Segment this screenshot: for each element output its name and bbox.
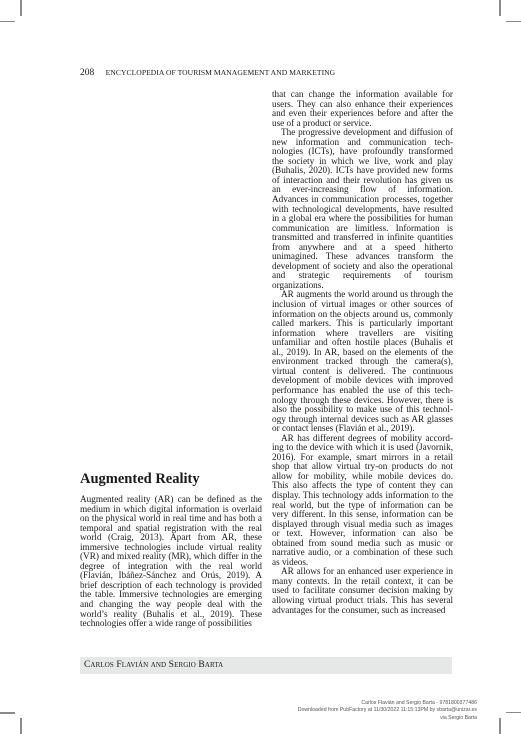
paragraph: that can change the information availabl… xyxy=(272,90,453,128)
page-number: 208 xyxy=(80,68,94,78)
download-notice-line: Downloaded from PubFactory at 11/30/2022… xyxy=(298,707,477,714)
download-notice-line: via Sergio Barta xyxy=(298,715,477,722)
paragraph: AR has different degrees of mobility acc… xyxy=(272,434,453,568)
section-heading: Augmented Reality xyxy=(80,470,262,488)
left-column: Augmented Reality Augmented reality (AR)… xyxy=(80,470,262,629)
paragraph: Augmented reality (AR) can be defined as… xyxy=(80,495,262,629)
footer-authors: Carlos Flavián and Sergio Barta xyxy=(84,660,223,670)
crop-mark-bottom-left-v xyxy=(20,718,22,734)
crop-mark-bottom-right-h xyxy=(506,712,521,713)
paragraph: The progressive development and diffusio… xyxy=(272,128,453,290)
crop-mark-bottom-left-h xyxy=(0,712,15,714)
crop-mark-bottom-right-v xyxy=(499,718,501,734)
crop-mark-top-left-v xyxy=(20,0,22,16)
download-notice-line: Carlos Flavián and Sergio Barta - 978180… xyxy=(298,700,477,707)
book-title: ENCYCLOPEDIA OF TOURISM MANAGEMENT AND M… xyxy=(106,68,336,77)
paragraph: AR allows for an enhanced user experienc… xyxy=(272,567,453,615)
crop-mark-top-right-v xyxy=(499,0,501,16)
download-notice: Carlos Flavián and Sergio Barta - 978180… xyxy=(298,700,477,722)
author-footer-band: Carlos Flavián and Sergio Barta xyxy=(80,657,452,674)
crop-mark-top-right-h xyxy=(506,21,521,22)
paragraph: AR augments the world around us through … xyxy=(272,290,453,433)
running-head: 208 ENCYCLOPEDIA OF TOURISM MANAGEMENT A… xyxy=(80,68,335,78)
right-column: that can change the information availabl… xyxy=(272,90,453,615)
crop-mark-top-left-h xyxy=(0,21,15,22)
